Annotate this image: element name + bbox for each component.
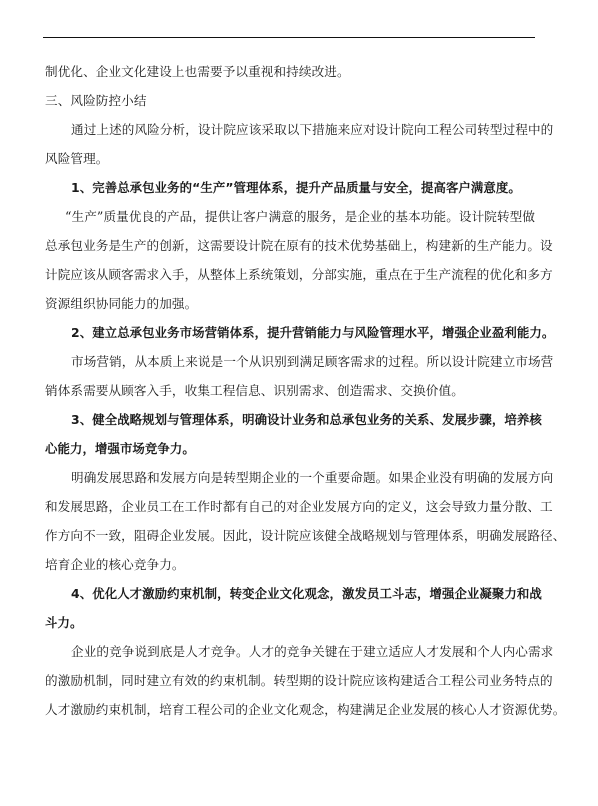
paragraph-line: 市场营销，从本质上来说是一个从识别到满足顾客需求的过程。所以设计院建立市场营 [45,347,535,376]
paragraph-line: 的激励机制，同时建立有效的约束机制。转型期的设计院应该构建适合工程公司业务特点的 [45,666,535,695]
subheading-3: 3、健全战略规划与管理体系，明确设计业务和总承包业务的关系、发展步骤，培养核 [45,405,535,434]
paragraph-line: “生产”质量优良的产品，提供让客户满意的服务，是企业的基本功能。设计院转型做 [45,202,535,231]
subheading-3-cont: 心能力，增强市场竞争力。 [45,434,535,463]
paragraph-line: 作方向不一致，阻碍企业发展。因此，设计院应该健全战略规划与管理体系，明确发展路径… [45,521,535,550]
paragraph-line: 通过上述的风险分析，设计院应该采取以下措施来应对设计院向工程公司转型过程中的 [45,115,535,144]
paragraph-line: 企业的竞争说到底是人才竞争。人才的竞争关键在于建立适应人才发展和个人内心需求 [45,637,535,666]
subheading-1: 1、完善总承包业务的“生产”管理体系，提升产品质量与安全，提高客户满意度。 [45,173,535,202]
subheading-4: 4、优化人才激励约束机制，转变企业文化观念，激发员工斗志，增强企业凝聚力和战 [45,579,535,608]
paragraph-line: 和发展思路，企业员工在工作时都有自己的对企业发展方向的定义，这会导致力量分散、工 [45,492,535,521]
paragraph-line: 风险管理。 [45,144,535,173]
header-rule [43,37,535,38]
paragraph-line: 制优化、企业文化建设上也需要予以重视和持续改进。 [45,57,535,86]
paragraph-line: 总承包业务是生产的创新，这需要设计院在原有的技术优势基础上，构建新的生产能力。设 [45,231,535,260]
section-heading: 三、风险防控小结 [45,86,535,115]
paragraph-line: 培育企业的核心竞争力。 [45,550,535,579]
subheading-4-cont: 斗力。 [45,608,535,637]
paragraph-line: 销体系需要从顾客入手，收集工程信息、识别需求、创造需求、交换价值。 [45,376,535,405]
paragraph-line: 计院应该从顾客需求入手，从整体上系统策划，分部实施，重点在于生产流程的优化和多方 [45,260,535,289]
paragraph-line: 资源组织协同能力的加强。 [45,289,535,318]
subheading-2: 2、建立总承包业务市场营销体系，提升营销能力与风险管理水平，增强企业盈利能力。 [45,318,535,347]
paragraph-line: 人才激励约束机制，培育工程公司的企业文化观念，构建满足企业发展的核心人才资源优势… [45,695,535,724]
paragraph-line: 明确发展思路和发展方向是转型期企业的一个重要命题。如果企业没有明确的发展方向 [45,463,535,492]
document-body: 制优化、企业文化建设上也需要予以重视和持续改进。 三、风险防控小结 通过上述的风… [45,57,535,724]
